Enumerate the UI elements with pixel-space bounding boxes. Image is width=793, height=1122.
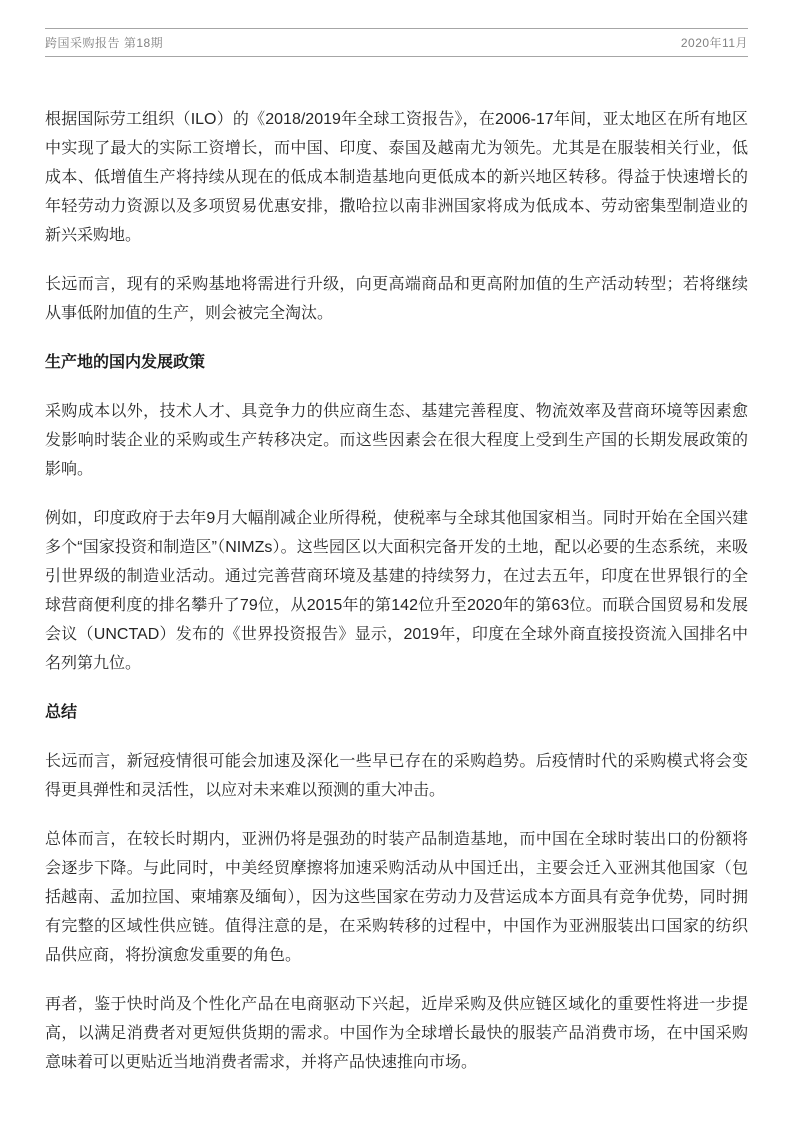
page-body: 根据国际劳工组织（ILO）的《2018/2019年全球工资报告》，在2006-1… — [45, 105, 748, 1077]
paragraph-ilo-wage-report: 根据国际劳工组织（ILO）的《2018/2019年全球工资报告》，在2006-1… — [45, 105, 748, 250]
document-page: 跨国采购报告 第18期 2020年11月 根据国际劳工组织（ILO）的《2018… — [0, 0, 793, 1122]
paragraph-factors-beyond-cost: 采购成本以外，技术人才、具竞争力的供应商生态、基建完善程度、物流效率及营商环境等… — [45, 397, 748, 484]
report-title: 跨国采购报告 第18期 — [45, 34, 163, 51]
paragraph-india-example: 例如，印度政府于去年9月大幅削减企业所得税，使税率与全球其他国家相当。同时开始在… — [45, 504, 748, 678]
paragraph-covid-acceleration: 长远而言，新冠疫情很可能会加速及深化一些早已存在的采购趋势。后疫情时代的采购模式… — [45, 747, 748, 805]
section-heading-development-policy: 生产地的国内发展政策 — [45, 348, 748, 377]
paragraph-nearshore-sourcing: 再者，鉴于快时尚及个性化产品在电商驱动下兴起，近岸采购及供应链区域化的重要性将进… — [45, 990, 748, 1077]
section-heading-summary: 总结 — [45, 698, 748, 727]
report-date: 2020年11月 — [681, 34, 748, 51]
paragraph-sourcing-base-upgrade: 长远而言，现有的采购基地将需进行升级，向更高端商品和更高附加值的生产活动转型；若… — [45, 270, 748, 328]
paragraph-asia-outlook: 总体而言，在较长时期内，亚洲仍将是强劲的时装产品制造基地，而中国在全球时装出口的… — [45, 825, 748, 970]
page-header: 跨国采购报告 第18期 2020年11月 — [45, 28, 748, 57]
